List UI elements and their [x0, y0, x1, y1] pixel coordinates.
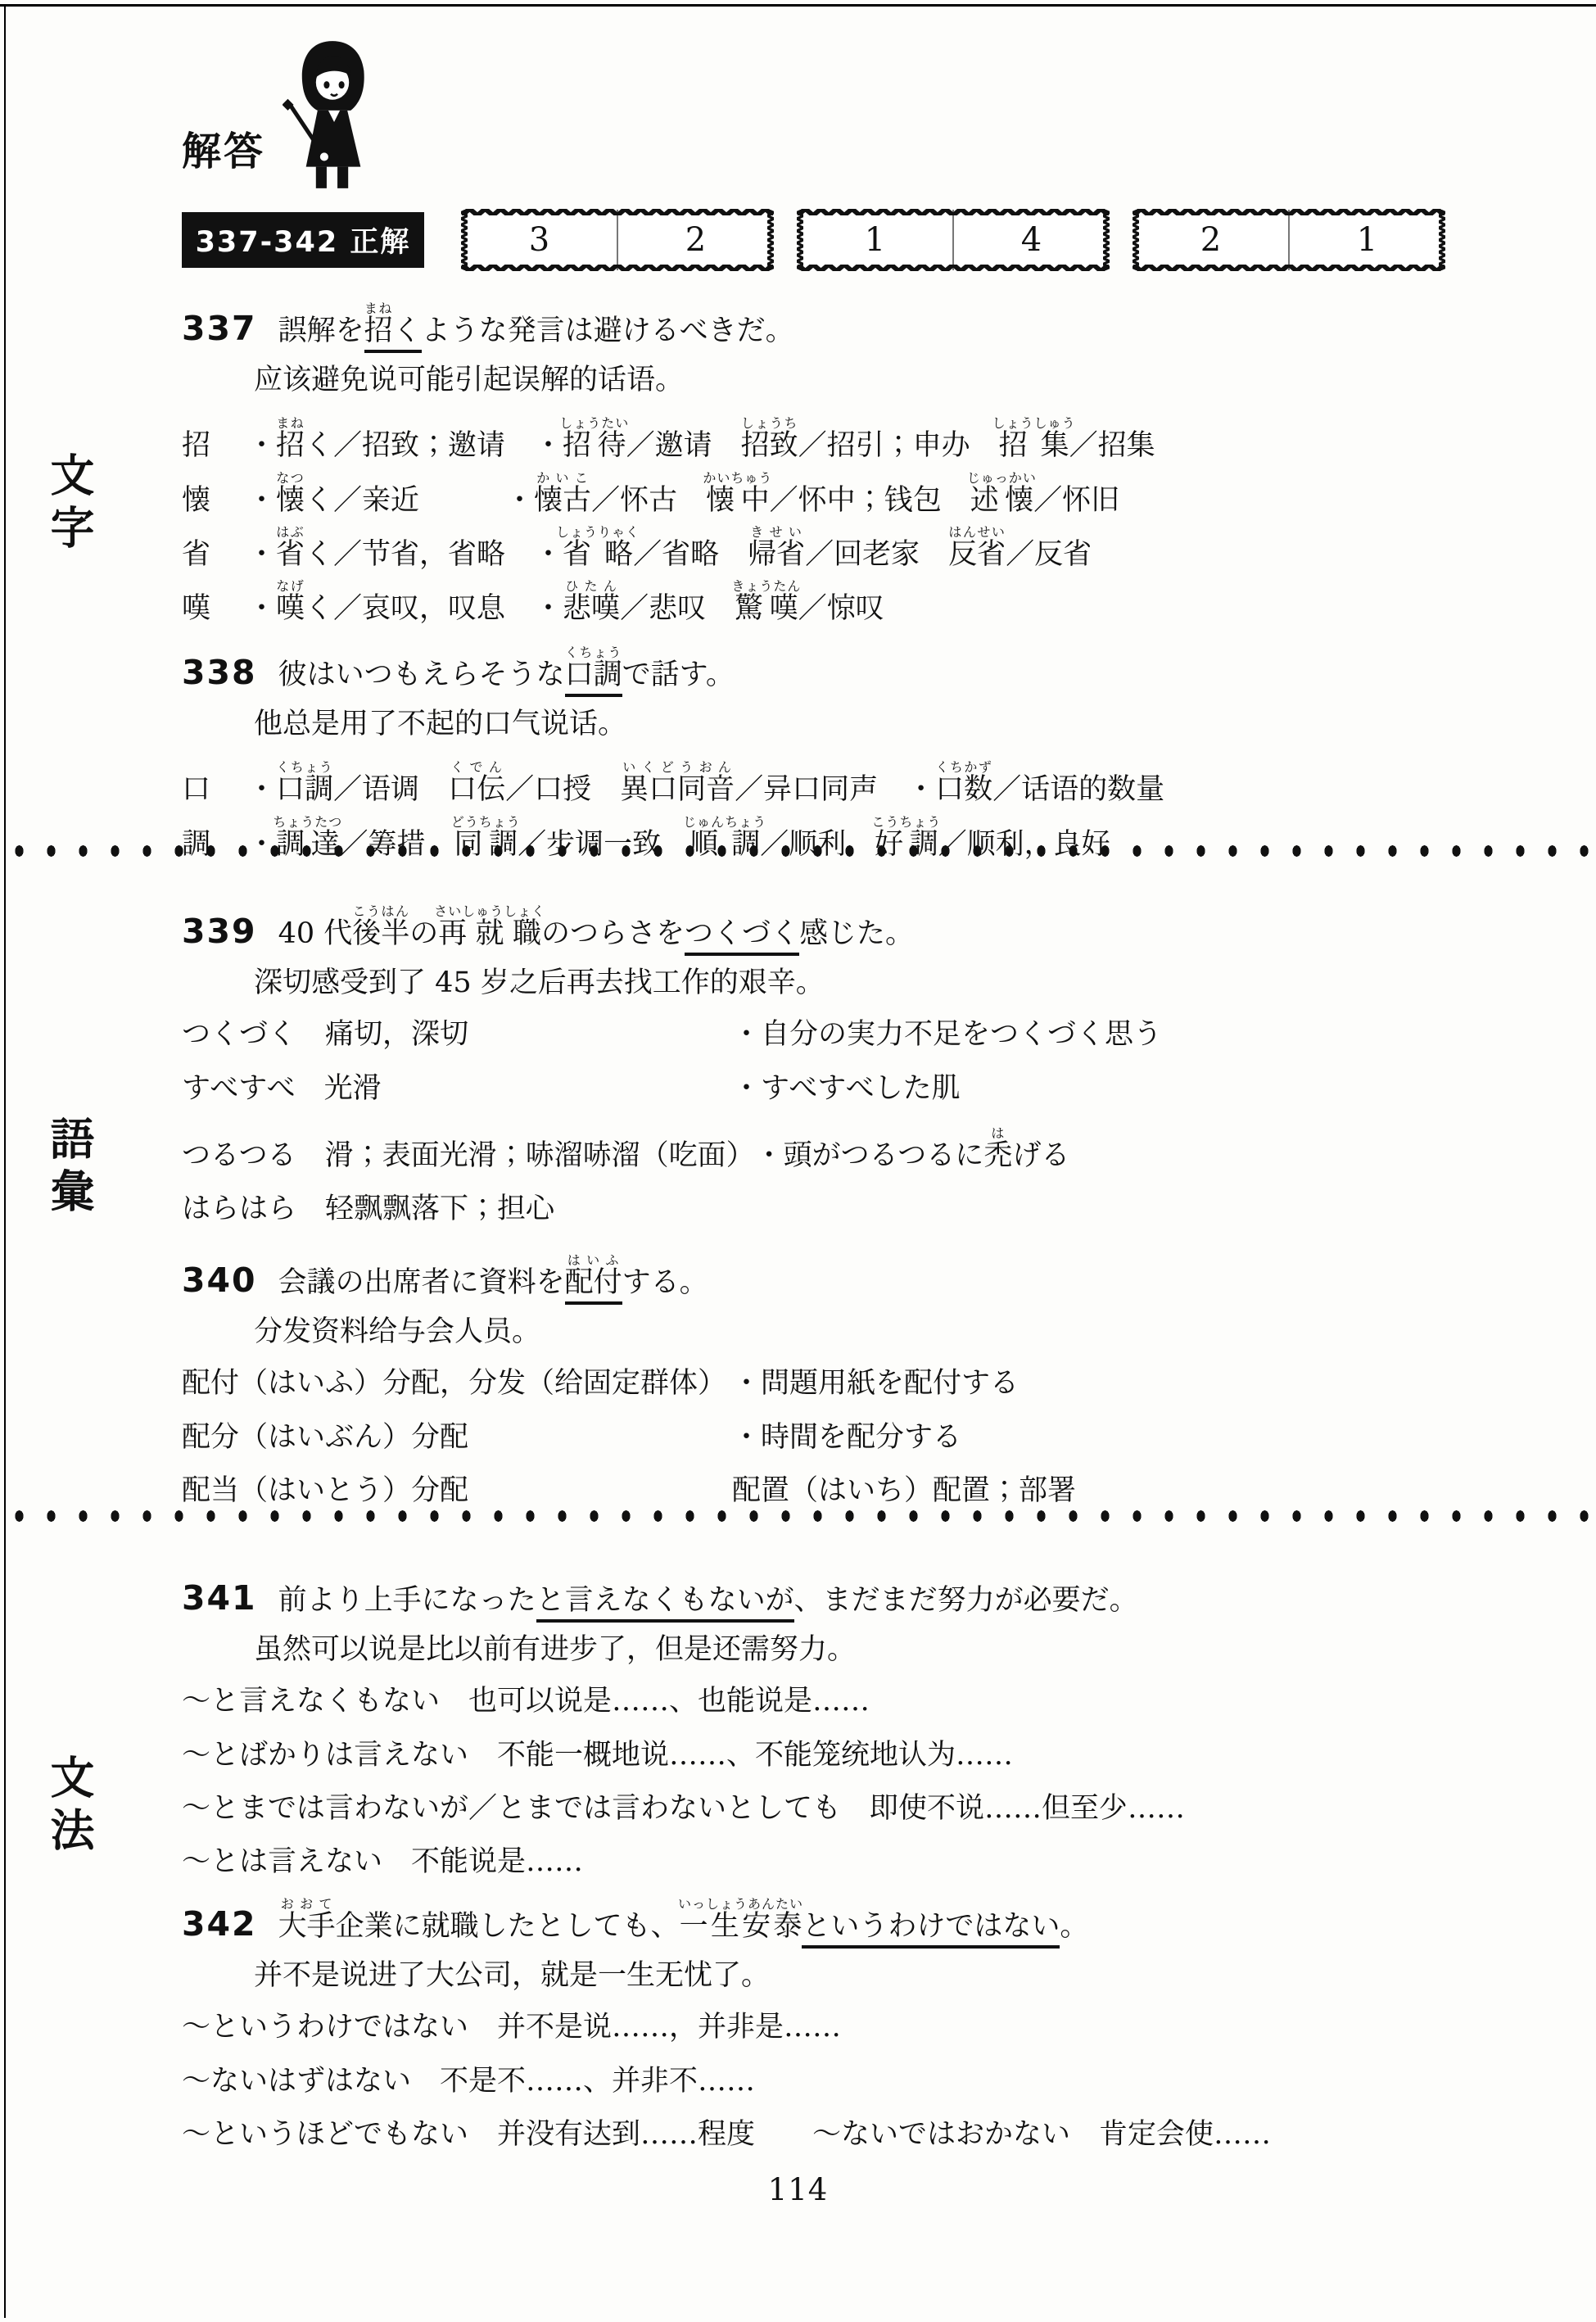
question-block-340: 340会議の出席者に資料を配付はいふする。 分发资料给与会人员。 配付（はいふ）…: [182, 1240, 1547, 1528]
sentence-text: 誤解を招まねくような発言は避けるべきだ。: [278, 315, 794, 353]
ruby-word: 嘆なげ: [276, 592, 305, 625]
entry-head-kanji: 口: [182, 773, 247, 807]
text-run: ・問題用紙を配付する: [732, 1367, 1019, 1400]
text-run: ～というほどでもない 并没有达到……程度 ～ないではおかない 肯定会使……: [182, 2118, 1271, 2151]
question-sentence: 341前より上手になったと言えなくもないが、まだまだ努力が必要だ。: [182, 1558, 1547, 1619]
question-number: 337: [182, 309, 257, 348]
ruby-word: 招致しょうち: [741, 429, 798, 462]
ruby-word: 異口同音いくどうおん: [620, 773, 735, 806]
ruby-word: 悲嘆ひたん: [563, 592, 620, 625]
text-run: する。: [622, 1266, 708, 1299]
scan-edge-top: [0, 4, 1596, 7]
definition-row: ～というわけではない 并不是说……，并非是……: [182, 2011, 1547, 2044]
text-run: はらはら 轻飘飘落下；担心: [182, 1193, 554, 1225]
entry-text: ・頭がつるつるに禿はげる: [755, 1125, 1547, 1173]
text-run: つくづく: [685, 917, 799, 956]
ruby-word: 招集しょうしゅう: [999, 429, 1069, 462]
sentence-text: 大手おおて企業に就職したとしても、一生安泰いっしょうあんたいというわけではない。: [278, 1910, 1089, 1949]
entry-text: ～ないはずはない 不是不……、并非不……: [182, 2065, 1547, 2098]
entry-text: はらはら 轻飘飘落下；担心: [182, 1193, 732, 1226]
question-translation: 他总是用了不起的口气说话。: [254, 707, 1547, 741]
text-run: 40 代: [278, 917, 353, 950]
entry-text: ～というほどでもない 并没有达到……程度 ～ないではおかない 肯定会使……: [182, 2118, 1547, 2152]
definition-row: ～とは言えない 不能说是……: [182, 1845, 1547, 1879]
page-title: 解答: [182, 120, 265, 176]
text-run: ～とは言えない 不能说是……: [182, 1845, 583, 1878]
entry-text: ～とまでは言わないが／とまでは言わないとしても 即使不说……但至少……: [182, 1792, 1547, 1826]
definition-rows: ～というわけではない 并不是说……，并非是……～ないはずはない 不是不……、并非…: [182, 2011, 1547, 2152]
question-translation: 应该避免说可能引起误解的话语。: [254, 363, 1547, 397]
ruby-word: 述懐じゅっかい: [970, 484, 1034, 517]
definition-row: すべすべ 光滑・すべすべした肌: [182, 1072, 1547, 1106]
entry-text: ・嘆なげく／哀叹，叹息 ・悲嘆ひたん／悲叹 驚嘆きょうたん／惊叹: [247, 578, 1547, 626]
entry-text: ・口調くちょう／语调 口伝くでん／口授 異口同音いくどうおん／异口同声 ・口数く…: [247, 759, 1547, 807]
text-run: 誤解を: [278, 315, 364, 347]
ruby-word: 反省はんせい: [948, 538, 1006, 571]
ruby-word: 一生安泰いっしょうあんたい: [680, 1910, 803, 1943]
text-run: く: [393, 315, 422, 353]
sentence-text: 会議の出席者に資料を配付はいふする。: [278, 1266, 708, 1305]
text-run: ／回老家: [805, 538, 948, 571]
text-run: ・: [247, 484, 276, 517]
text-run: ／语调: [333, 773, 448, 806]
ruby-word: 招待しょうたい: [563, 429, 626, 462]
entry-head-kanji: 省: [182, 538, 247, 572]
text-run: ／怀旧: [1033, 484, 1119, 517]
sidebar-label-bunpou: 文法: [38, 1754, 101, 1859]
text-run: つるつる 滑；表面光滑；哧溜哧溜（吃面）: [182, 1139, 755, 1172]
definition-row: ～ないはずはない 不是不……、并非不……: [182, 2065, 1547, 2098]
question-number: 339: [182, 912, 257, 951]
text-run: 配置（はいち）配置；部署: [732, 1474, 1076, 1507]
ruby-word: 招まね: [276, 429, 305, 462]
text-run: ／招集: [1069, 429, 1155, 462]
text-run: ような発言は避けるべきだ。: [422, 315, 794, 347]
definition-rows: ～と言えなくもない 也可以说是……、也能说是……～とばかりは言えない 不能一概地…: [182, 1685, 1547, 1879]
definition-row: 配当（はいとう）分配配置（はいち）配置；部署: [182, 1474, 1547, 1508]
text-run: く／哀叹，叹息 ・: [305, 592, 563, 625]
text-run: 。: [1060, 1910, 1088, 1943]
text-run: ・: [247, 592, 276, 625]
ruby-word: 驚嘆きょうたん: [735, 592, 798, 625]
definition-row: 嘆・嘆なげく／哀叹，叹息 ・悲嘆ひたん／悲叹 驚嘆きょうたん／惊叹: [182, 578, 1547, 626]
teacher-girl-illustration: [283, 34, 382, 200]
answer-value: 1: [798, 210, 952, 270]
entry-text: ・自分の実力不足をつくづく思う: [732, 1018, 1547, 1052]
ruby-word: 省はぶ: [276, 538, 305, 571]
text-run: ／悲叹: [620, 592, 735, 625]
question-translation: 深切感受到了 45 岁之后再去找工作的艰辛。: [254, 966, 1547, 1000]
question-block-338: 338彼はいつもえらそうな口調くちょうで話す。 他总是用了不起的口气说话。 口・…: [182, 632, 1547, 868]
text-run: ／招引；申办: [798, 429, 999, 462]
definition-row: 配分（はいぶん）分配・時間を配分する: [182, 1421, 1547, 1455]
ruby-word: 懐中かいちゅう: [706, 484, 770, 517]
text-run: のつらさを: [541, 917, 685, 950]
text-run: く／招致；邀请 ・: [305, 429, 563, 462]
text-run: ・: [247, 538, 276, 571]
text-run: げる: [1012, 1139, 1069, 1172]
definition-rows: つくづく 痛切，深切・自分の実力不足をつくづく思うすべすべ 光滑・すべすべした肌…: [182, 1018, 1547, 1226]
text-run: 配付（はいふ）分配，分发（给固定群体）: [182, 1367, 726, 1400]
text-run: ／怀古: [591, 484, 706, 517]
text-run: ～というわけではない 并不是说……，并非是……: [182, 2011, 841, 2044]
question-sentence: 33940 代後半こうはんの再就職さいしゅうしょくのつらさをつくづく感じた。: [182, 891, 1547, 953]
answer-value: 2: [617, 210, 773, 270]
entry-head-kanji: 招: [182, 429, 247, 463]
answer-boxes: 321421: [462, 210, 1445, 270]
text-run: 彼はいつもえらそうな: [278, 659, 565, 691]
text-run: で話す。: [622, 659, 735, 691]
definition-row: 招・招まねく／招致；邀请 ・招待しょうたい／邀请 招致しょうち／招引；申办 招集…: [182, 415, 1547, 463]
text-run: ／异口同声 ・: [735, 773, 935, 806]
answer-value: 2: [1133, 210, 1288, 270]
scan-edge-left: [4, 4, 6, 2318]
text-run: すべすべ 光滑: [182, 1072, 382, 1105]
entry-text: ～と言えなくもない 也可以说是……、也能说是……: [182, 1685, 1547, 1718]
entry-text: ・省はぶく／节省，省略 ・省略しょうりゃく／省略 帰省きせい／回老家 反省はんせ…: [247, 524, 1547, 572]
question-block-339: 33940 代後半こうはんの再就職さいしゅうしょくのつらさをつくづく感じた。 深…: [182, 891, 1547, 1246]
text-run: ・時間を配分する: [732, 1421, 961, 1454]
text-run: ／邀请: [626, 429, 741, 462]
text-run: く／节省，省略 ・: [305, 538, 563, 571]
question-translation: 分发资料给与会人员。: [254, 1315, 1547, 1349]
definition-row: 懐・懐なつく／亲近 ・懐古かいこ／怀古 懐中かいちゅう／怀中；钱包 述懐じゅっか…: [182, 470, 1547, 518]
definition-row: 省・省はぶく／节省，省略 ・省略しょうりゃく／省略 帰省きせい／回老家 反省はん…: [182, 524, 1547, 572]
ruby-word: 口数くちかず: [935, 773, 992, 806]
text-run: ・自分の実力不足をつくづく思う: [732, 1018, 1162, 1051]
entry-text: 配当（はいとう）分配: [182, 1474, 732, 1508]
entry-text: 配分（はいぶん）分配: [182, 1421, 732, 1455]
ruby-word: 後半こうはん: [352, 917, 409, 950]
text-run: ～ないはずはない 不是不……、并非不……: [182, 2065, 755, 2098]
entry-text: ・招まねく／招致；邀请 ・招待しょうたい／邀请 招致しょうち／招引；申办 招集し…: [247, 415, 1547, 463]
question-sentence: 338彼はいつもえらそうな口調くちょうで話す。: [182, 632, 1547, 694]
sidebar-label-goi: 語彙: [38, 1116, 101, 1220]
text-run: ・頭がつるつるに: [755, 1139, 984, 1172]
text-run: 、まだまだ努力が必要だ。: [794, 1584, 1138, 1617]
text-run: ／反省: [1006, 538, 1092, 571]
text-run: 企業に就職したとしても、: [336, 1910, 680, 1943]
question-block-341: 341前より上手になったと言えなくもないが、まだまだ努力が必要だ。 虽然可以说是…: [182, 1558, 1547, 1899]
question-number: 340: [182, 1261, 257, 1300]
text-run: ・すべすべした肌: [732, 1072, 961, 1105]
dotted-separator: [0, 844, 1596, 858]
text-run: ～と言えなくもない 也可以说是……、也能说是……: [182, 1685, 870, 1718]
definition-rows: 招・招まねく／招致；邀请 ・招待しょうたい／邀请 招致しょうち／招引；申办 招集…: [182, 415, 1547, 626]
answer-value: 1: [1288, 210, 1445, 270]
question-sentence: 337誤解を招まねくような発言は避けるべきだ。: [182, 288, 1547, 350]
ruby-word: 懐古かいこ: [534, 484, 591, 517]
sentence-text: 40 代後半こうはんの再就職さいしゅうしょくのつらさをつくづく感じた。: [278, 917, 914, 956]
entry-head-kanji: 懐: [182, 484, 247, 518]
definition-row: 配付（はいふ）分配，分发（给固定群体）・問題用紙を配付する: [182, 1367, 1547, 1401]
text-run: ／省略: [633, 538, 748, 571]
entry-text: ・懐なつく／亲近 ・懐古かいこ／怀古 懐中かいちゅう／怀中；钱包 述懐じゅっかい…: [247, 470, 1547, 518]
text-run: ／话语的数量: [992, 773, 1164, 806]
definition-row: はらはら 轻飘飘落下；担心: [182, 1193, 1547, 1226]
text-run: 配当（はいとう）分配: [182, 1474, 468, 1507]
definition-row: ～というほどでもない 并没有达到……程度 ～ないではおかない 肯定会使……: [182, 2118, 1547, 2152]
text-run: ／怀中；钱包: [770, 484, 970, 517]
entry-text: 配付（はいふ）分配，分发（给固定群体）: [182, 1367, 732, 1401]
question-block-337: 337誤解を招まねくような発言は避けるべきだ。 应该避免说可能引起误解的话语。 …: [182, 288, 1547, 632]
entry-text: つくづく 痛切，深切: [182, 1018, 732, 1052]
page-number: 114: [0, 2172, 1596, 2207]
ruby-word: 帰省きせい: [748, 538, 805, 571]
page: 文字 語彙 文法 解答 337-342 正解 321421 337誤解を招まねく…: [0, 0, 1596, 2322]
text-run: ～とばかりは言えない 不能一概地说……、不能笼统地认为……: [182, 1739, 1013, 1772]
question-translation: 并不是说进了大公司，就是一生无忧了。: [254, 1958, 1547, 1993]
text-run: つくづく 痛切，深切: [182, 1018, 468, 1051]
sidebar-label-moji: 文字: [38, 452, 101, 557]
definition-row: ～とばかりは言えない 不能一概地说……、不能笼统地认为……: [182, 1739, 1547, 1772]
sentence-text: 前より上手になったと言えなくもないが、まだまだ努力が必要だ。: [278, 1584, 1138, 1623]
definition-row: ～とまでは言わないが／とまでは言わないとしても 即使不说……但至少……: [182, 1792, 1547, 1826]
text-run: く／亲近 ・: [305, 484, 534, 517]
definition-row: 口・口調くちょう／语调 口伝くでん／口授 異口同音いくどうおん／异口同声 ・口数…: [182, 759, 1547, 807]
entry-text: すべすべ 光滑: [182, 1072, 732, 1106]
entry-text: ～というわけではない 并不是说……，并非是……: [182, 2011, 1547, 2044]
text-run: ～とまでは言わないが／とまでは言わないとしても 即使不说……但至少……: [182, 1792, 1185, 1825]
sentence-text: 彼はいつもえらそうな口調くちょうで話す。: [278, 659, 735, 697]
dotted-separator: [0, 1509, 1596, 1523]
entry-text: ～とばかりは言えない 不能一概地说……、不能笼统地认为……: [182, 1739, 1547, 1772]
text-run: と言えなくもないが: [536, 1584, 794, 1623]
text-run: ／口授: [505, 773, 620, 806]
text-run: ／惊叹: [798, 592, 884, 625]
ruby-word: 再就職さいしゅうしょく: [438, 917, 541, 950]
definition-row: つくづく 痛切，深切・自分の実力不足をつくづく思う: [182, 1018, 1547, 1052]
entry-text: つるつる 滑；表面光滑；哧溜哧溜（吃面）: [182, 1139, 755, 1173]
text-run: ・: [247, 773, 276, 806]
answer-box: 14: [798, 210, 1109, 270]
ruby-word: 口調くちょう: [565, 659, 622, 697]
question-number: 338: [182, 653, 257, 692]
entry-text: 配置（はいち）配置；部署: [732, 1474, 1547, 1508]
text-run: 感じた。: [799, 917, 914, 950]
ruby-word: 懐なつ: [276, 484, 305, 517]
ruby-word: 口伝くでん: [448, 773, 505, 806]
ruby-word: 口調くちょう: [276, 773, 333, 806]
text-run: ・: [247, 429, 276, 462]
entry-text: ～とは言えない 不能说是……: [182, 1845, 1547, 1879]
definition-rows: 配付（はいふ）分配，分发（给固定群体）・問題用紙を配付する配分（はいぶん）分配・…: [182, 1367, 1547, 1508]
text-run: というわけではない: [802, 1910, 1060, 1949]
entry-text: ・問題用紙を配付する: [732, 1367, 1547, 1401]
question-translation: 虽然可以说是比以前有进步了，但是还需努力。: [254, 1632, 1547, 1667]
text-run: 配分（はいぶん）分配: [182, 1421, 468, 1454]
text-run: 前より上手になった: [278, 1584, 536, 1617]
answer-value: 3: [462, 210, 617, 270]
ruby-word: 配付はいふ: [565, 1266, 622, 1305]
answer-bar: 337-342 正解 321421: [182, 210, 1445, 270]
entry-text: ・時間を配分する: [732, 1421, 1547, 1455]
answer-box: 21: [1133, 210, 1445, 270]
answer-box: 32: [462, 210, 773, 270]
question-block-342: 342大手おおて企業に就職したとしても、一生安泰いっしょうあんたいというわけでは…: [182, 1884, 1547, 2171]
text-run: 会議の出席者に資料を: [278, 1266, 565, 1299]
question-number: 341: [182, 1578, 257, 1618]
definition-row: ～と言えなくもない 也可以说是……、也能说是……: [182, 1685, 1547, 1718]
question-sentence: 342大手おおて企業に就職したとしても、一生安泰いっしょうあんたいというわけでは…: [182, 1884, 1547, 1945]
entry-head-kanji: 嘆: [182, 592, 247, 626]
ruby-word: 禿は: [983, 1139, 1012, 1172]
ruby-word: 招まね: [364, 315, 393, 353]
ruby-word: 省略しょうりゃく: [563, 538, 633, 571]
ruby-word: 大手おおて: [278, 1910, 336, 1943]
answer-value: 4: [952, 210, 1109, 270]
question-sentence: 340会議の出席者に資料を配付はいふする。: [182, 1240, 1547, 1301]
question-number: 342: [182, 1904, 257, 1944]
entry-text: ・すべすべした肌: [732, 1072, 1547, 1106]
definition-row: つるつる 滑；表面光滑；哧溜哧溜（吃面）・頭がつるつるに禿はげる: [182, 1125, 1547, 1173]
answer-range-label: 337-342 正解: [182, 212, 424, 268]
